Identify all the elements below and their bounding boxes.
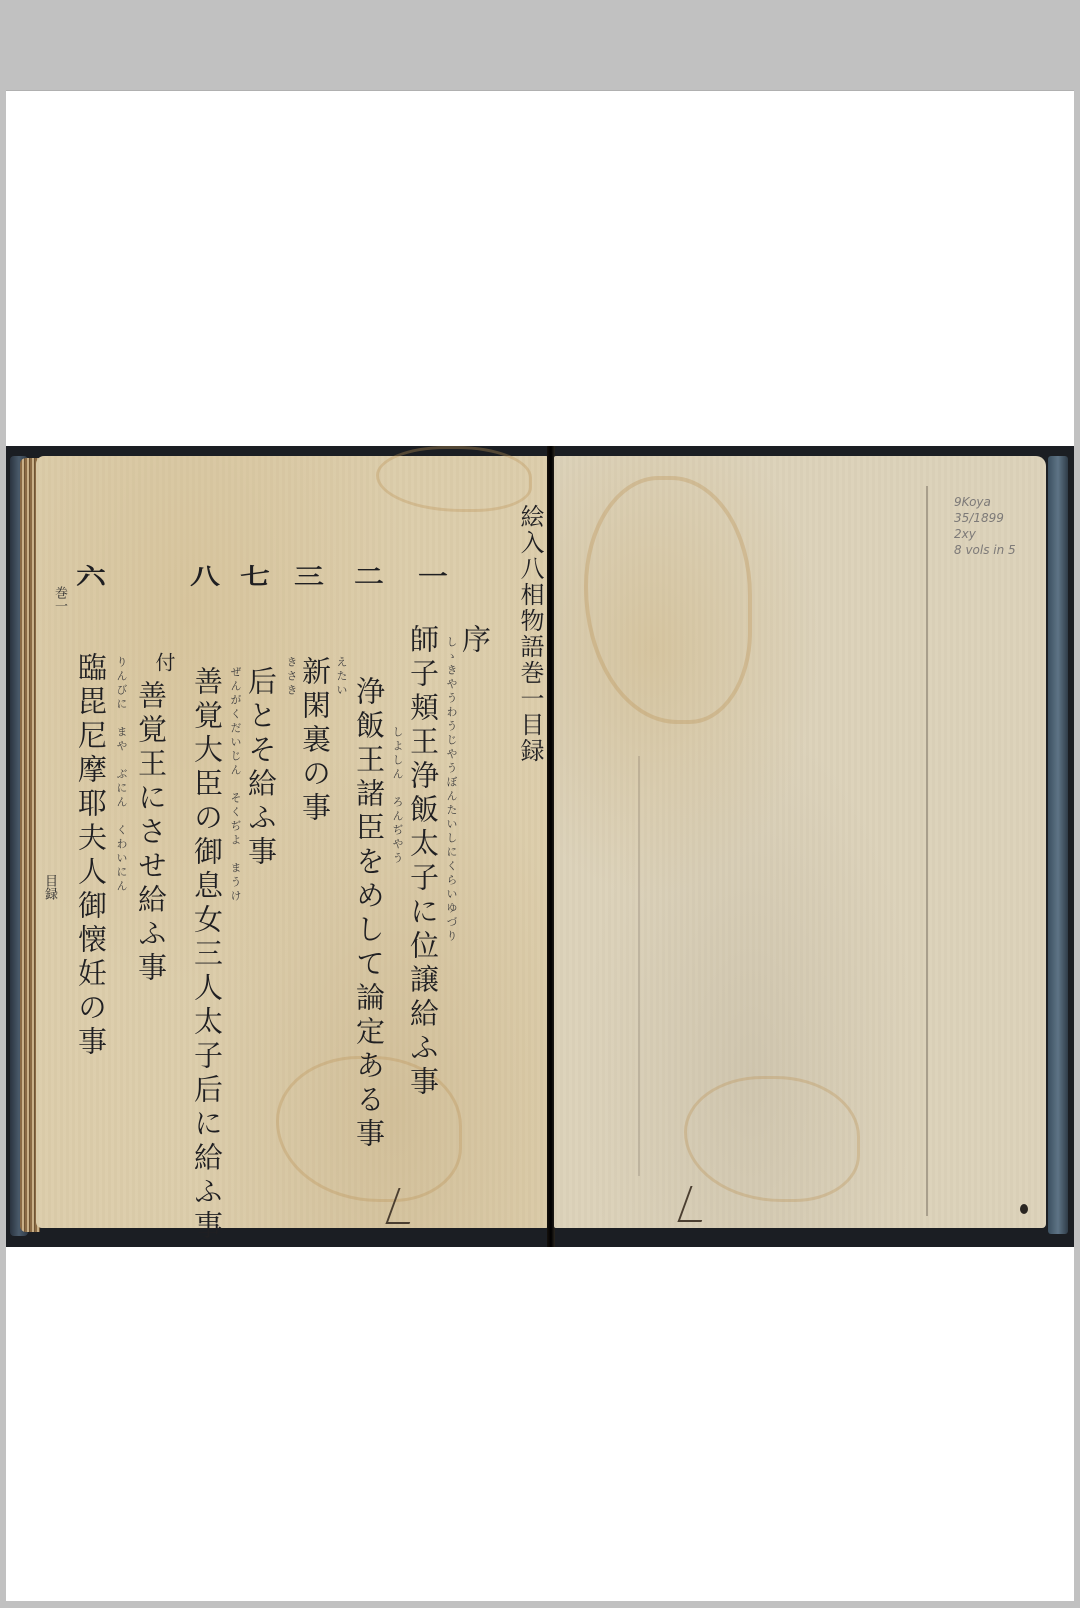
toc-entry: 善覚大臣の御息女三人太子后に給ふ事 — [192, 666, 221, 1244]
section-heading: 序 — [460, 624, 489, 658]
toc-entry: 善覚王にさせ給ふ事 — [136, 680, 165, 986]
volume-title: 絵入八相物語巻一目録 — [518, 504, 542, 764]
note-line: 35/1899 — [954, 510, 1044, 526]
chapter-number: 三 — [294, 560, 324, 591]
left-page: 絵入八相物語巻一目録 一 二 三 七 八 六 序 しゝきやうわうじやうぼんたいし… — [36, 456, 548, 1228]
binding-mark — [677, 1186, 714, 1222]
ruby-text: しゝきやうわうじやうぼんたいしにくらいゆづり — [446, 636, 457, 944]
ruby-text: りんびに まや ぶにん くわいにん — [116, 656, 127, 894]
water-stain — [684, 1076, 860, 1202]
library-call-number-note: 9Koya 35/1899 2xy 8 vols in 5 — [954, 494, 1044, 558]
book-scan-image[interactable]: 絵入八相物語巻一目録 一 二 三 七 八 六 序 しゝきやうわうじやうぼんたいし… — [6, 446, 1074, 1247]
page-crease — [926, 486, 928, 1216]
water-stain — [376, 446, 532, 512]
toc-entry: 師子頬王浄飯太子に位譲給ふ事 — [408, 624, 437, 1100]
right-cover-edge — [1048, 456, 1068, 1234]
toc-entry: 新閑裏の事 — [300, 656, 329, 826]
margin-contents-label: 目録 — [40, 874, 59, 900]
chapter-number: 二 — [354, 560, 384, 591]
note-line: 9Koya — [954, 494, 1044, 510]
chapter-number: 一 — [418, 560, 448, 591]
worm-hole — [1020, 1204, 1028, 1214]
note-line: 8 vols in 5 — [954, 542, 1044, 558]
viewer-top-bar — [0, 0, 1080, 90]
margin-volume-label: 巻一 — [50, 586, 69, 612]
note-line: 2xy — [954, 526, 1044, 542]
chapter-number: 七 — [240, 560, 270, 591]
toc-entry: 臨毘尼摩耶夫人御懐妊の事 — [76, 652, 105, 1060]
ruby-text: きさき — [286, 656, 297, 698]
toc-entry: 后とそ給ふ事 — [246, 666, 275, 870]
chapter-number: 六 — [76, 560, 106, 591]
toc-entry: 浄飯王諸臣をめして論定ある事 — [354, 676, 383, 1152]
toc-entry-note: 付 — [154, 652, 174, 677]
water-stain — [584, 476, 752, 724]
ruby-text: ぜんがくだいじん そくぢよ まうけ — [230, 666, 241, 904]
ruby-text: えたい — [336, 656, 347, 698]
chapter-number: 八 — [190, 560, 220, 591]
ruby-text: しよしん ろんぢやう — [392, 726, 403, 866]
right-page: 9Koya 35/1899 2xy 8 vols in 5 — [554, 456, 1046, 1228]
viewer-bottom-strip — [0, 1601, 1080, 1608]
page-crease — [638, 756, 640, 1176]
